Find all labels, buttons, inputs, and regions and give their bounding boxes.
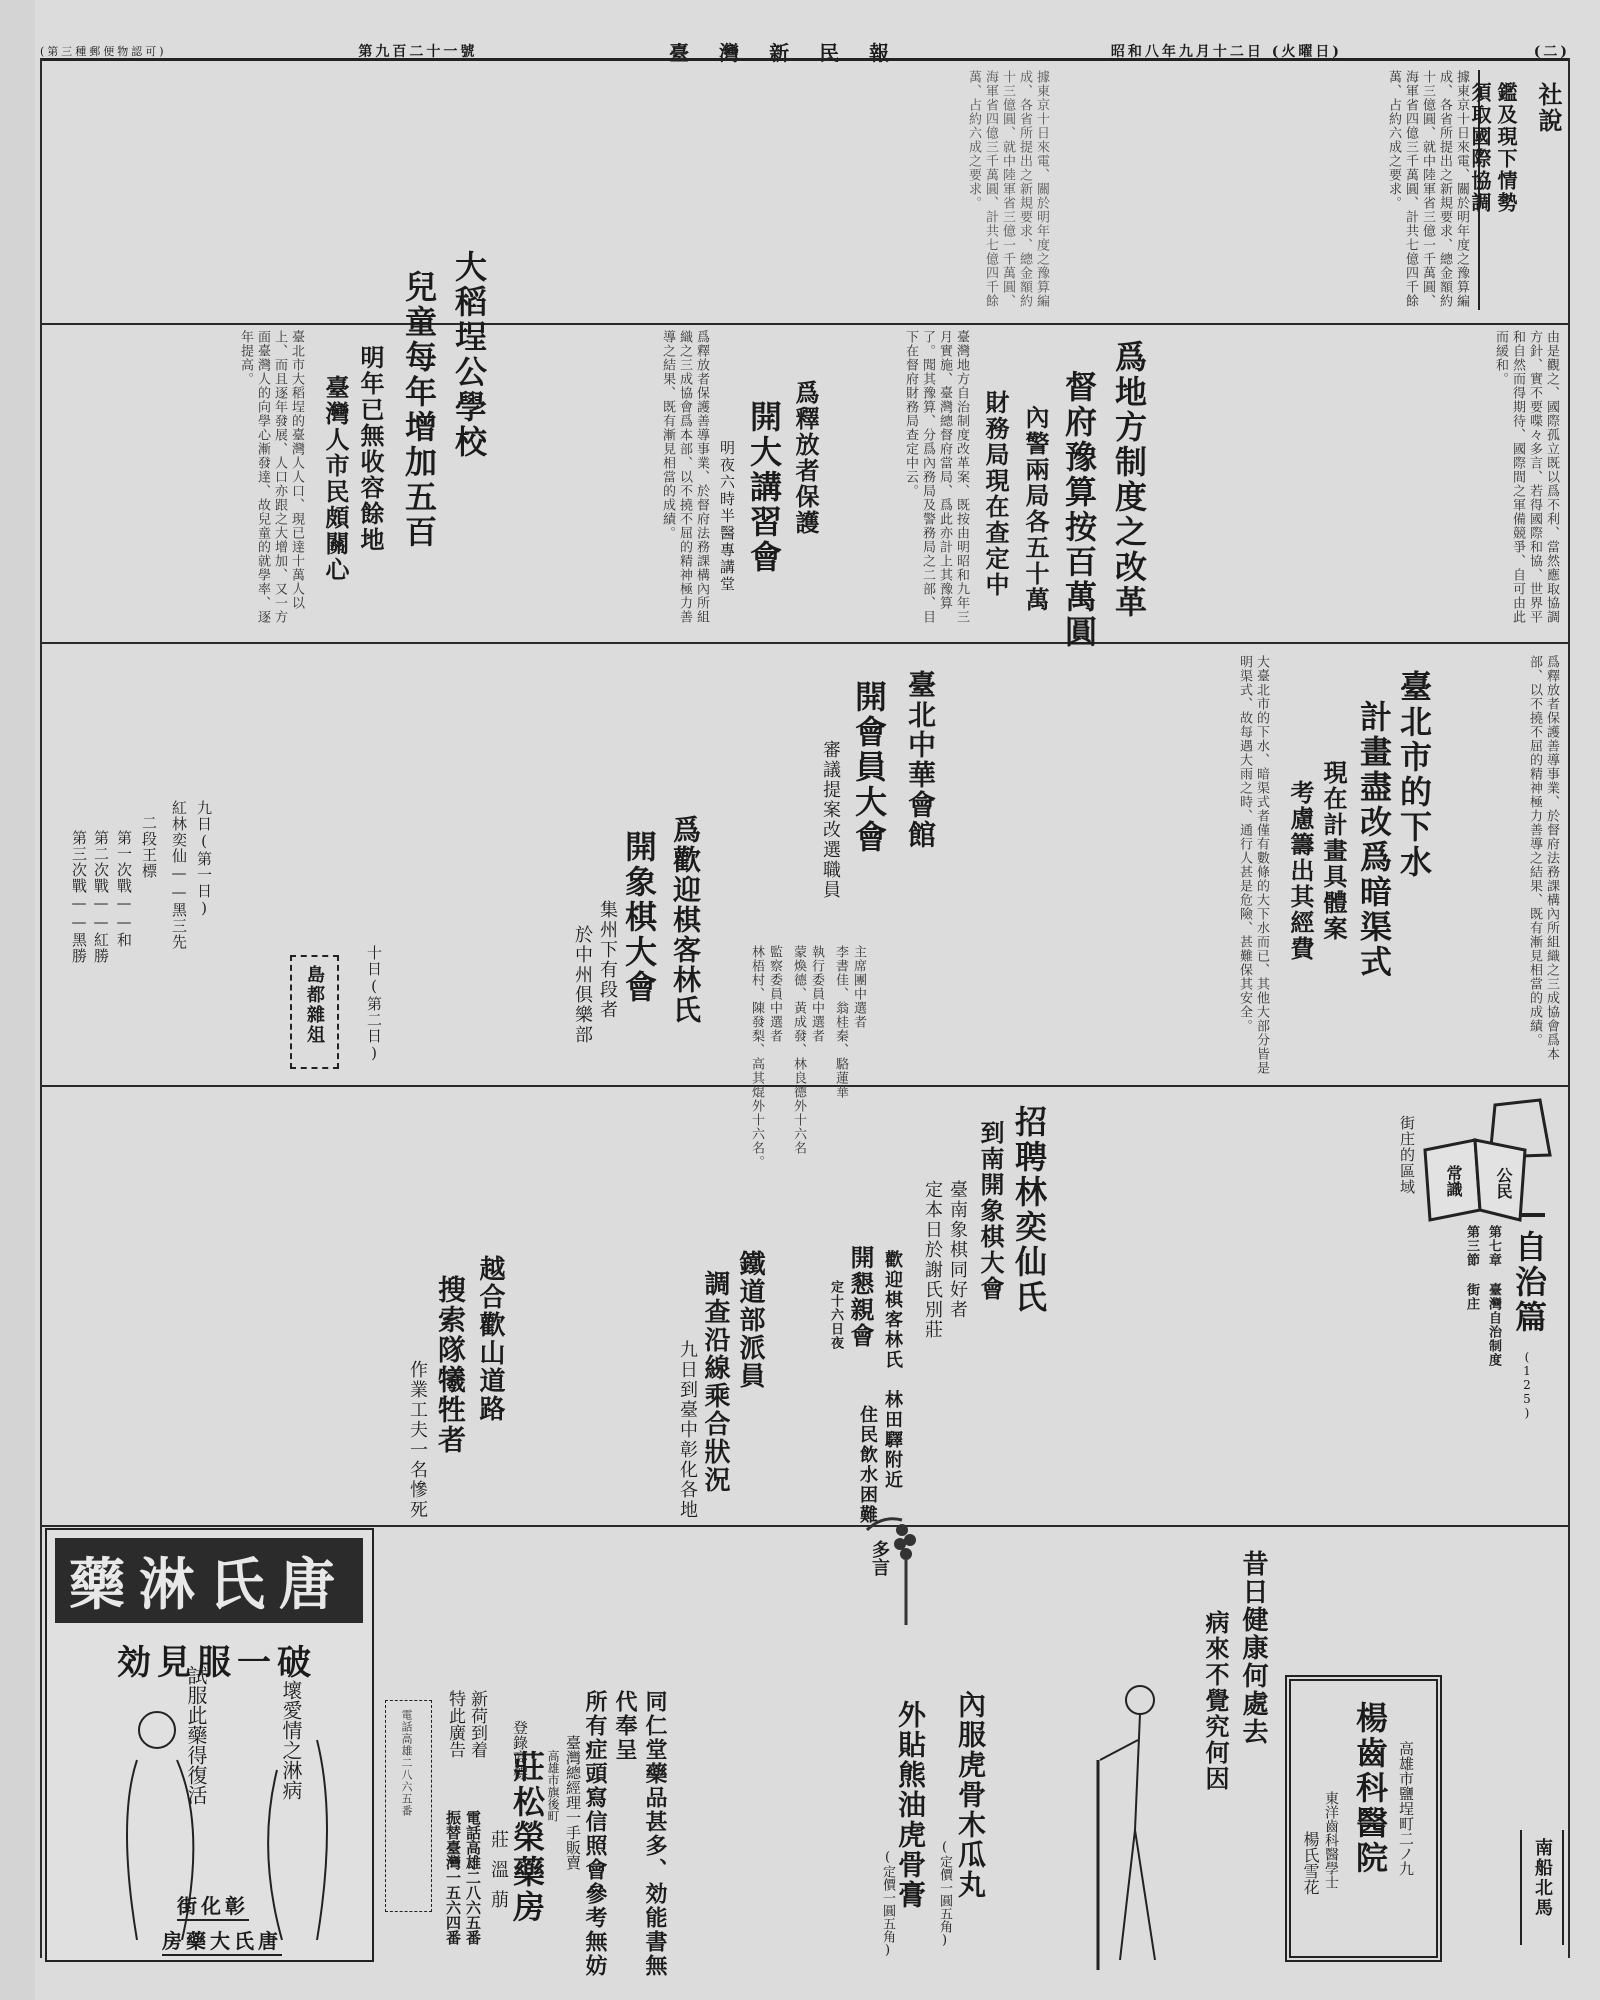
officer-names: 李書佳、翁桂秦、駱蓮華 (832, 945, 849, 1099)
tiger-headline: 昔日健康何處去 (1238, 1550, 1268, 1746)
article-body: 臺灣地方自治制度改革案、既按由明昭和九年三月實施、臺灣總督府當局、爲此亦計上其豫… (800, 330, 970, 630)
quip-column: 多言 (862, 1510, 922, 1630)
article-headline: 爲歡迎棋客林氏 (670, 815, 700, 1025)
article-subhead: 開懇親會 (845, 1245, 875, 1349)
civic-knowledge-illustration: 常識 公民 (1420, 1095, 1560, 1225)
article-deck: 財務局現在查定中 (980, 390, 1010, 598)
civic-subtitle: 街庄的區域 (1398, 1115, 1415, 1195)
phone-notice-box: 電話高雄二八六五番 (385, 1700, 432, 1912)
ad-transfer: 振替臺灣一五六四番 (443, 1810, 464, 1945)
clinic-credential: 東洋齒科醫學士 (1321, 1791, 1341, 1889)
editorial-section-label: 社說 (1533, 82, 1563, 134)
article-body: 爲釋放者保護善導事業、於督府法務課構內所組織之三成協會爲本部、以不撓不屈的精神極… (530, 330, 710, 630)
officer-role: 執行委員中選者 (808, 945, 825, 1043)
article-subhead: 開象棋大會 (620, 830, 658, 1005)
clinic-name: 楊齒科醫院 (1351, 1701, 1389, 1876)
article-subhead: 兒童每年增加五百 (400, 270, 438, 550)
article-deck: 臺灣人市民頗關心 (320, 375, 350, 583)
officer-role: 主席團中選者 (850, 945, 867, 1029)
article-subhead: 到南開象棋大會 (975, 1120, 1005, 1302)
ad-slogan: 破一服見効 (117, 1635, 317, 1684)
article-headline: 爲釋放者保護 (790, 380, 820, 536)
notice-text: 電話高雄二八六五番 (398, 1709, 415, 1817)
article-deck: 內警兩局各五十萬 (1020, 405, 1050, 613)
ad-location: 彰化街 (177, 1890, 249, 1921)
pharmacy-name: 莊松榮藥房 (508, 1750, 546, 1925)
pharmacy-owner: 莊溫萠 (485, 1830, 511, 1920)
editorial-title-line1: 鑑及現下情勢 (1491, 82, 1521, 214)
pharmacy-address: 高雄市旗後町 (545, 1750, 562, 1822)
tiger-product-2: 外貼熊油虎骨膏 (895, 1700, 925, 1910)
chess-round: 第三次戰——黑勝 (70, 830, 87, 964)
book-left-label: 常識 (1442, 1165, 1465, 1197)
column-title: 島都雜俎 (302, 965, 326, 1045)
editorial-text-cont: 據東京十日來電、關於明年度之豫算編成、各省所提出之新規要求、總金額約十三億圓、就… (45, 70, 1050, 315)
article-headline: 臺北中華會館 (905, 670, 935, 850)
tang-medicine-ad[interactable]: 唐氏淋藥 破一服見効 試服此藥得復活 壞愛情之淋病 彰化街 唐氏大藥房 (45, 1528, 374, 1962)
civic-section: 第三節 街庄 (1463, 1225, 1480, 1311)
article-deck: 審議提案改選職員 (818, 740, 842, 900)
article-subhead: 開大講習會 (745, 400, 783, 575)
ad-banner: 唐氏淋藥 (55, 1538, 363, 1623)
article-subhead: 開會員大會 (850, 680, 888, 855)
article-deck: 作業工夫一名慘死 (405, 1360, 429, 1520)
notice-1: 新荷到着 (465, 1690, 490, 1758)
officer-names: 林梧村、陳發梨、高其焜外十六名。 (748, 945, 765, 1169)
article-subhead: 督府豫算按百萬圓 (1060, 370, 1098, 650)
tiger-product-1: 內服虎骨木瓜丸 (955, 1690, 985, 1900)
civic-column-number: (125) (1520, 1350, 1534, 1420)
article-headline: 林田驛附近 (880, 1390, 904, 1490)
chess-round: 第二次戰——紅勝 (92, 830, 109, 964)
article-deck: 集州下有段者 (595, 900, 619, 1020)
chess-game: 紅林奕仙——黑三先 (170, 800, 187, 950)
article-deck: 明年已無收容餘地 (355, 345, 385, 553)
ad-banner-text: 唐氏淋藥 (69, 1541, 349, 1621)
article-headline: 招聘林奕仙氏 (1010, 1105, 1048, 1315)
notice-2: 特此廣告 (443, 1690, 468, 1758)
article-deck: 考慮籌出其經費 (1285, 780, 1315, 962)
article-deck: 臺南象棋同好者 (945, 1180, 969, 1320)
article-headline: 爲地方制度之改革 (1110, 340, 1148, 620)
old-man-illustration-icon (1080, 1680, 1180, 1980)
article-deck: 九日到臺中彰化各地 (675, 1340, 699, 1520)
tier-rule-2 (40, 642, 1570, 644)
pharmacy-claim-1: 同仁堂藥品甚多、効能書無代奉呈 (610, 1690, 670, 2000)
postal-note: (第三種郵便物認可) (40, 43, 167, 59)
clinic-address: 高雄市鹽埕町二ノ九 (1396, 1741, 1417, 1876)
article-headline: 大稻埕公學校 (450, 250, 488, 460)
quip-title: 多言 (866, 1540, 892, 1576)
chess-round: 第一次戰——和 (115, 830, 132, 948)
article-subhead: 調查沿線乘合狀況 (700, 1270, 730, 1494)
article-body: 大臺北市的下水、暗渠式者僅有數條的大下水而已、其他大部分皆是明渠式、故每遇大雨之… (1060, 655, 1270, 1075)
tiger-price-1: (定價一圓五角) (935, 1840, 954, 1948)
article-headline: 鐵道部派員 (735, 1250, 765, 1390)
tier-rule-4 (40, 1525, 1570, 1527)
article-deck: 明夜六時半醫專講堂 (715, 440, 739, 593)
civic-chapter: 第七章 臺灣自治制度 (1485, 1225, 1502, 1367)
article-headline: 臺北市的下水 (1395, 670, 1433, 880)
article-deck: 定本日於謝氏別莊 (920, 1180, 944, 1340)
article-subhead: 搜索隊犧牲者 (435, 1275, 465, 1455)
left-border (40, 58, 42, 1958)
chess-day2-header: 十日(第二日) (365, 945, 382, 1063)
officer-role: 監察委員中選者 (766, 945, 783, 1043)
column-title: 南船北馬 (1530, 1838, 1554, 1918)
article-headline: 歡迎棋客林氏 (880, 1250, 904, 1370)
editorial-text-1: 據東京十日來電、關於明年度之豫算編成、各省所提出之新規要求、總金額約十三億圓、就… (1060, 70, 1470, 315)
lamp-and-book-icon (1420, 1095, 1560, 1225)
civic-column-title: 自治篇 (1510, 1230, 1548, 1335)
article-subhead: 住民飲水困難 (855, 1405, 879, 1525)
article-body: 臺北市大稻埕的臺灣人人口、現已達十萬人以上、而且逐年發展、人口亦跟之大增加、又一… (45, 330, 305, 630)
tier-rule-1 (40, 323, 1570, 325)
lecture-notice: 爲釋放者保護善導事業、於督府法務課構內所組織之三成協會爲本部、以不撓不屈的精神極… (1445, 655, 1560, 1075)
ad-shop: 唐氏大藥房 (162, 1925, 282, 1956)
clinic-doctor: 楊氏雪花 (1299, 1831, 1322, 1895)
tiger-subhead: 病來不覺究何因 (1200, 1610, 1230, 1792)
article-deck: 於中州俱樂部 (570, 925, 594, 1045)
chess-rank: 二段王標 (140, 815, 157, 879)
north-south-box: 南船北馬 (1520, 1830, 1564, 1945)
article-deck: 定十六日夜 (827, 1280, 844, 1350)
article-headline: 越合歡山道路 (475, 1255, 505, 1423)
officer-names: 蒙煥德、黃成發、林良德外十六名 (790, 945, 807, 1155)
right-border (1568, 58, 1570, 1958)
tiger-price-2: (定價一圓五角) (878, 1850, 897, 1958)
chess-day1-header: 九日(第一日) (195, 800, 212, 918)
ad-phone: 電話高雄二八六五番 (463, 1810, 484, 1945)
island-miscellany-box: 島都雜俎 (290, 955, 339, 1069)
editorial-title-box: 社說 鑑及現下情勢 須取國際協調 (1478, 70, 1565, 310)
book-right-label: 公民 (1492, 1167, 1515, 1199)
article-deck: 現在計畫具體案 (1318, 760, 1348, 942)
article-subhead: 計畫盡改爲暗渠式 (1355, 700, 1393, 980)
pharmacy-claim-2: 所有症頭寫信照會參考無妨 (580, 1690, 610, 1978)
yang-dental-ad[interactable]: 楊齒科醫院 高雄市鹽埕町二ノ九 東洋齒科醫學士 楊氏雪花 (1285, 1675, 1442, 1962)
